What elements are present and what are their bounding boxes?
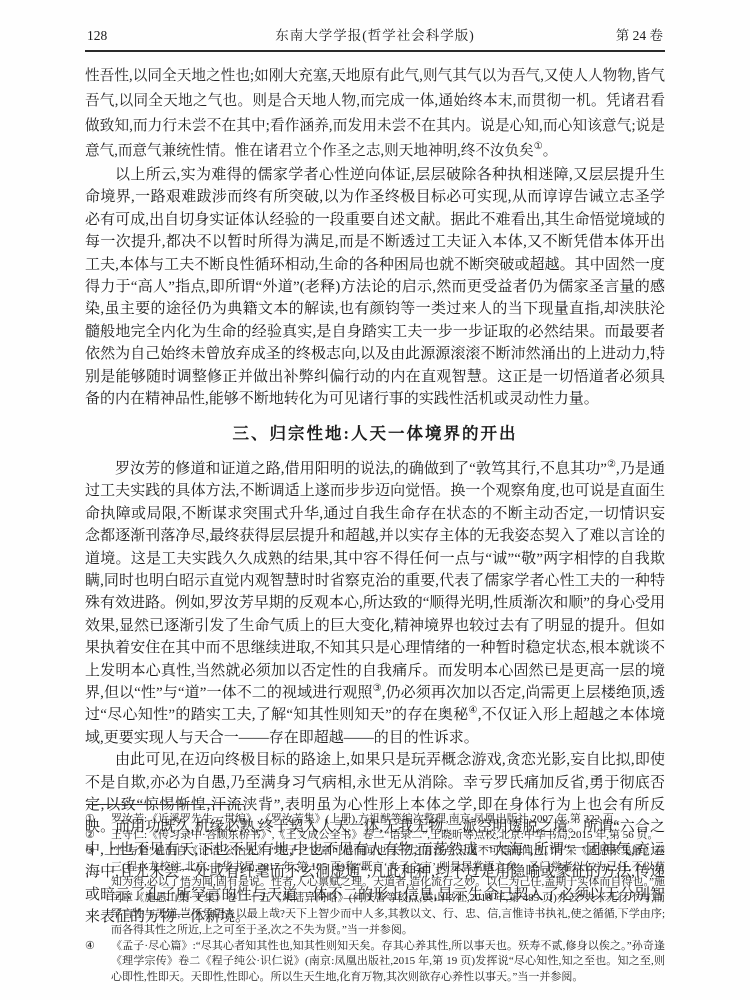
- volume-label: 第 24 卷: [573, 24, 663, 44]
- footnote-text: 王守仁:《传习录中·答顾东桥书》,《王文成公全书》卷二“语录二”,王晓昕等点校,…: [111, 828, 665, 844]
- footnote-marker: ④: [85, 939, 111, 986]
- footnote-4: ④ 《孟子·尽心篇》:“尽其心者知其性也,知其性则知天矣。存其心养其性,所以事天…: [85, 939, 665, 986]
- footnote-area: ① 罗汝芳:《近溪罗先生一贯编》,《罗汝芳集》(上册),方祖猷等编次整理,南京:…: [85, 804, 665, 986]
- journal-title: 东南大学学报(哲学社会科学版): [177, 24, 573, 44]
- journal-page: 128 东南大学学报(哲学社会科学版) 第 24 卷 性吾性,以同全天地之性也;…: [0, 0, 750, 1000]
- running-head: 128 东南大学学报(哲学社会科学版) 第 24 卷: [85, 24, 665, 50]
- section-heading: 三、归宗性地:人天一体境界的开出: [85, 423, 665, 445]
- footnote-marker: ③: [85, 844, 111, 939]
- block-quote: 性吾性,以同全天地之性也;如刚大充塞,天地原有此气,则气其气以为吾气,又使人人物…: [85, 64, 665, 164]
- footnote-marker: ①: [85, 812, 111, 828]
- article-body: 性吾性,以同全天地之性也;如刚大充塞,天地原有此气,则气其气以为吾气,又使人人物…: [85, 64, 665, 928]
- footnote-text: 罗汝芳:《近溪罗先生一贯编》,《罗汝芳集》(上册),方祖猷等编次整理,南京:凤凰…: [111, 812, 665, 828]
- paragraph-2: 罗汝芳的修道和证道之路,借用阳明的说法,的确做到了“敦笃其行,不息其功”②,乃是…: [85, 458, 665, 749]
- footnote-rule: [86, 804, 244, 806]
- footnote-text: 《孟子·尽心篇》:“尽其心者知其性也,知其性则知天矣。存其心养其性,所以事天也。…: [111, 939, 665, 986]
- paragraph-1: 以上所云,实为难得的儒家学者心性逆向体证,层层破除各种执相迷障,又层层提升生命境…: [85, 164, 665, 410]
- header-rule: [85, 50, 665, 52]
- footnote-marker: ②: [85, 828, 111, 844]
- footnote-2: ② 王守仁:《传习录中·答顾东桥书》,《王文成公全书》卷二“语录二”,王晓昕等点…: [85, 828, 665, 844]
- page-number: 128: [87, 28, 177, 44]
- footnote-1: ① 罗汝芳:《近溪罗先生一贯编》,《罗汝芳集》(上册),方祖猷等编次整理,南京:…: [85, 812, 665, 828]
- footnote-text: “性与道”说出自《论语·公冶长》:“夫子之文章可得而闻也,夫子之言性与天道不可得…: [111, 844, 665, 939]
- footnote-3: ③ “性与道”说出自《论语·公冶长》:“夫子之文章可得而闻也,夫子之言性与天道不…: [85, 844, 665, 939]
